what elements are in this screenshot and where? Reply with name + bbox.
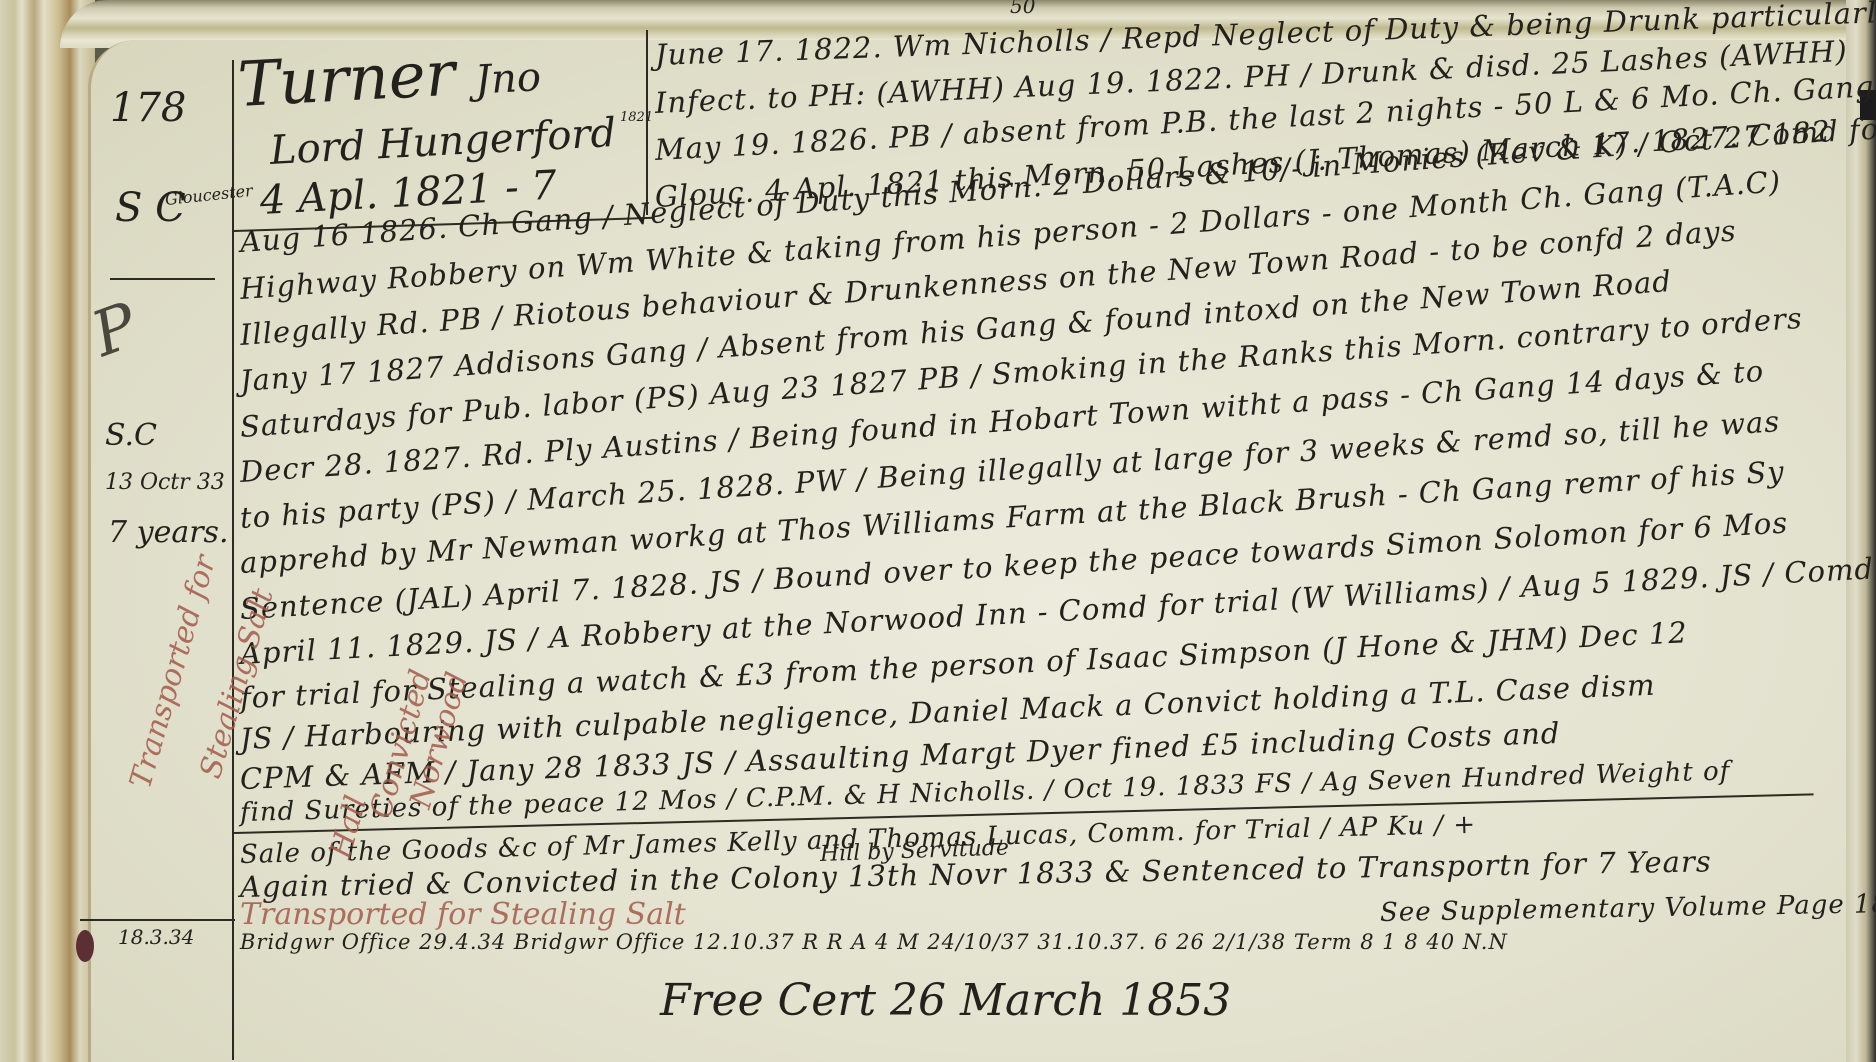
status-term: 7 years. xyxy=(108,515,228,550)
footer-row-text: Bridgwr Office 29.4.34 Bridgwr Office 12… xyxy=(240,930,1508,954)
ink-blot xyxy=(76,930,94,962)
year-note: 1821 xyxy=(620,110,653,125)
book-binding xyxy=(0,0,95,1062)
status-date: 13 Octr 33 xyxy=(105,470,225,495)
forename: Jno xyxy=(474,54,542,103)
status-initials: S.C xyxy=(105,418,157,453)
record-number: 178 xyxy=(110,85,186,131)
footer-row-rule xyxy=(80,919,235,921)
margin-vertical-rule xyxy=(232,60,234,1060)
margin-short-rule xyxy=(110,278,215,280)
free-certificate: Free Cert 26 March 1853 xyxy=(660,975,1231,1026)
red-annotation-line: Transported for Stealing Salt xyxy=(240,897,686,932)
page-header-fragment: 50 xyxy=(1010,0,1035,18)
footer-margin-date: 18.3.34 xyxy=(118,925,194,949)
surname: Turner xyxy=(236,37,457,121)
